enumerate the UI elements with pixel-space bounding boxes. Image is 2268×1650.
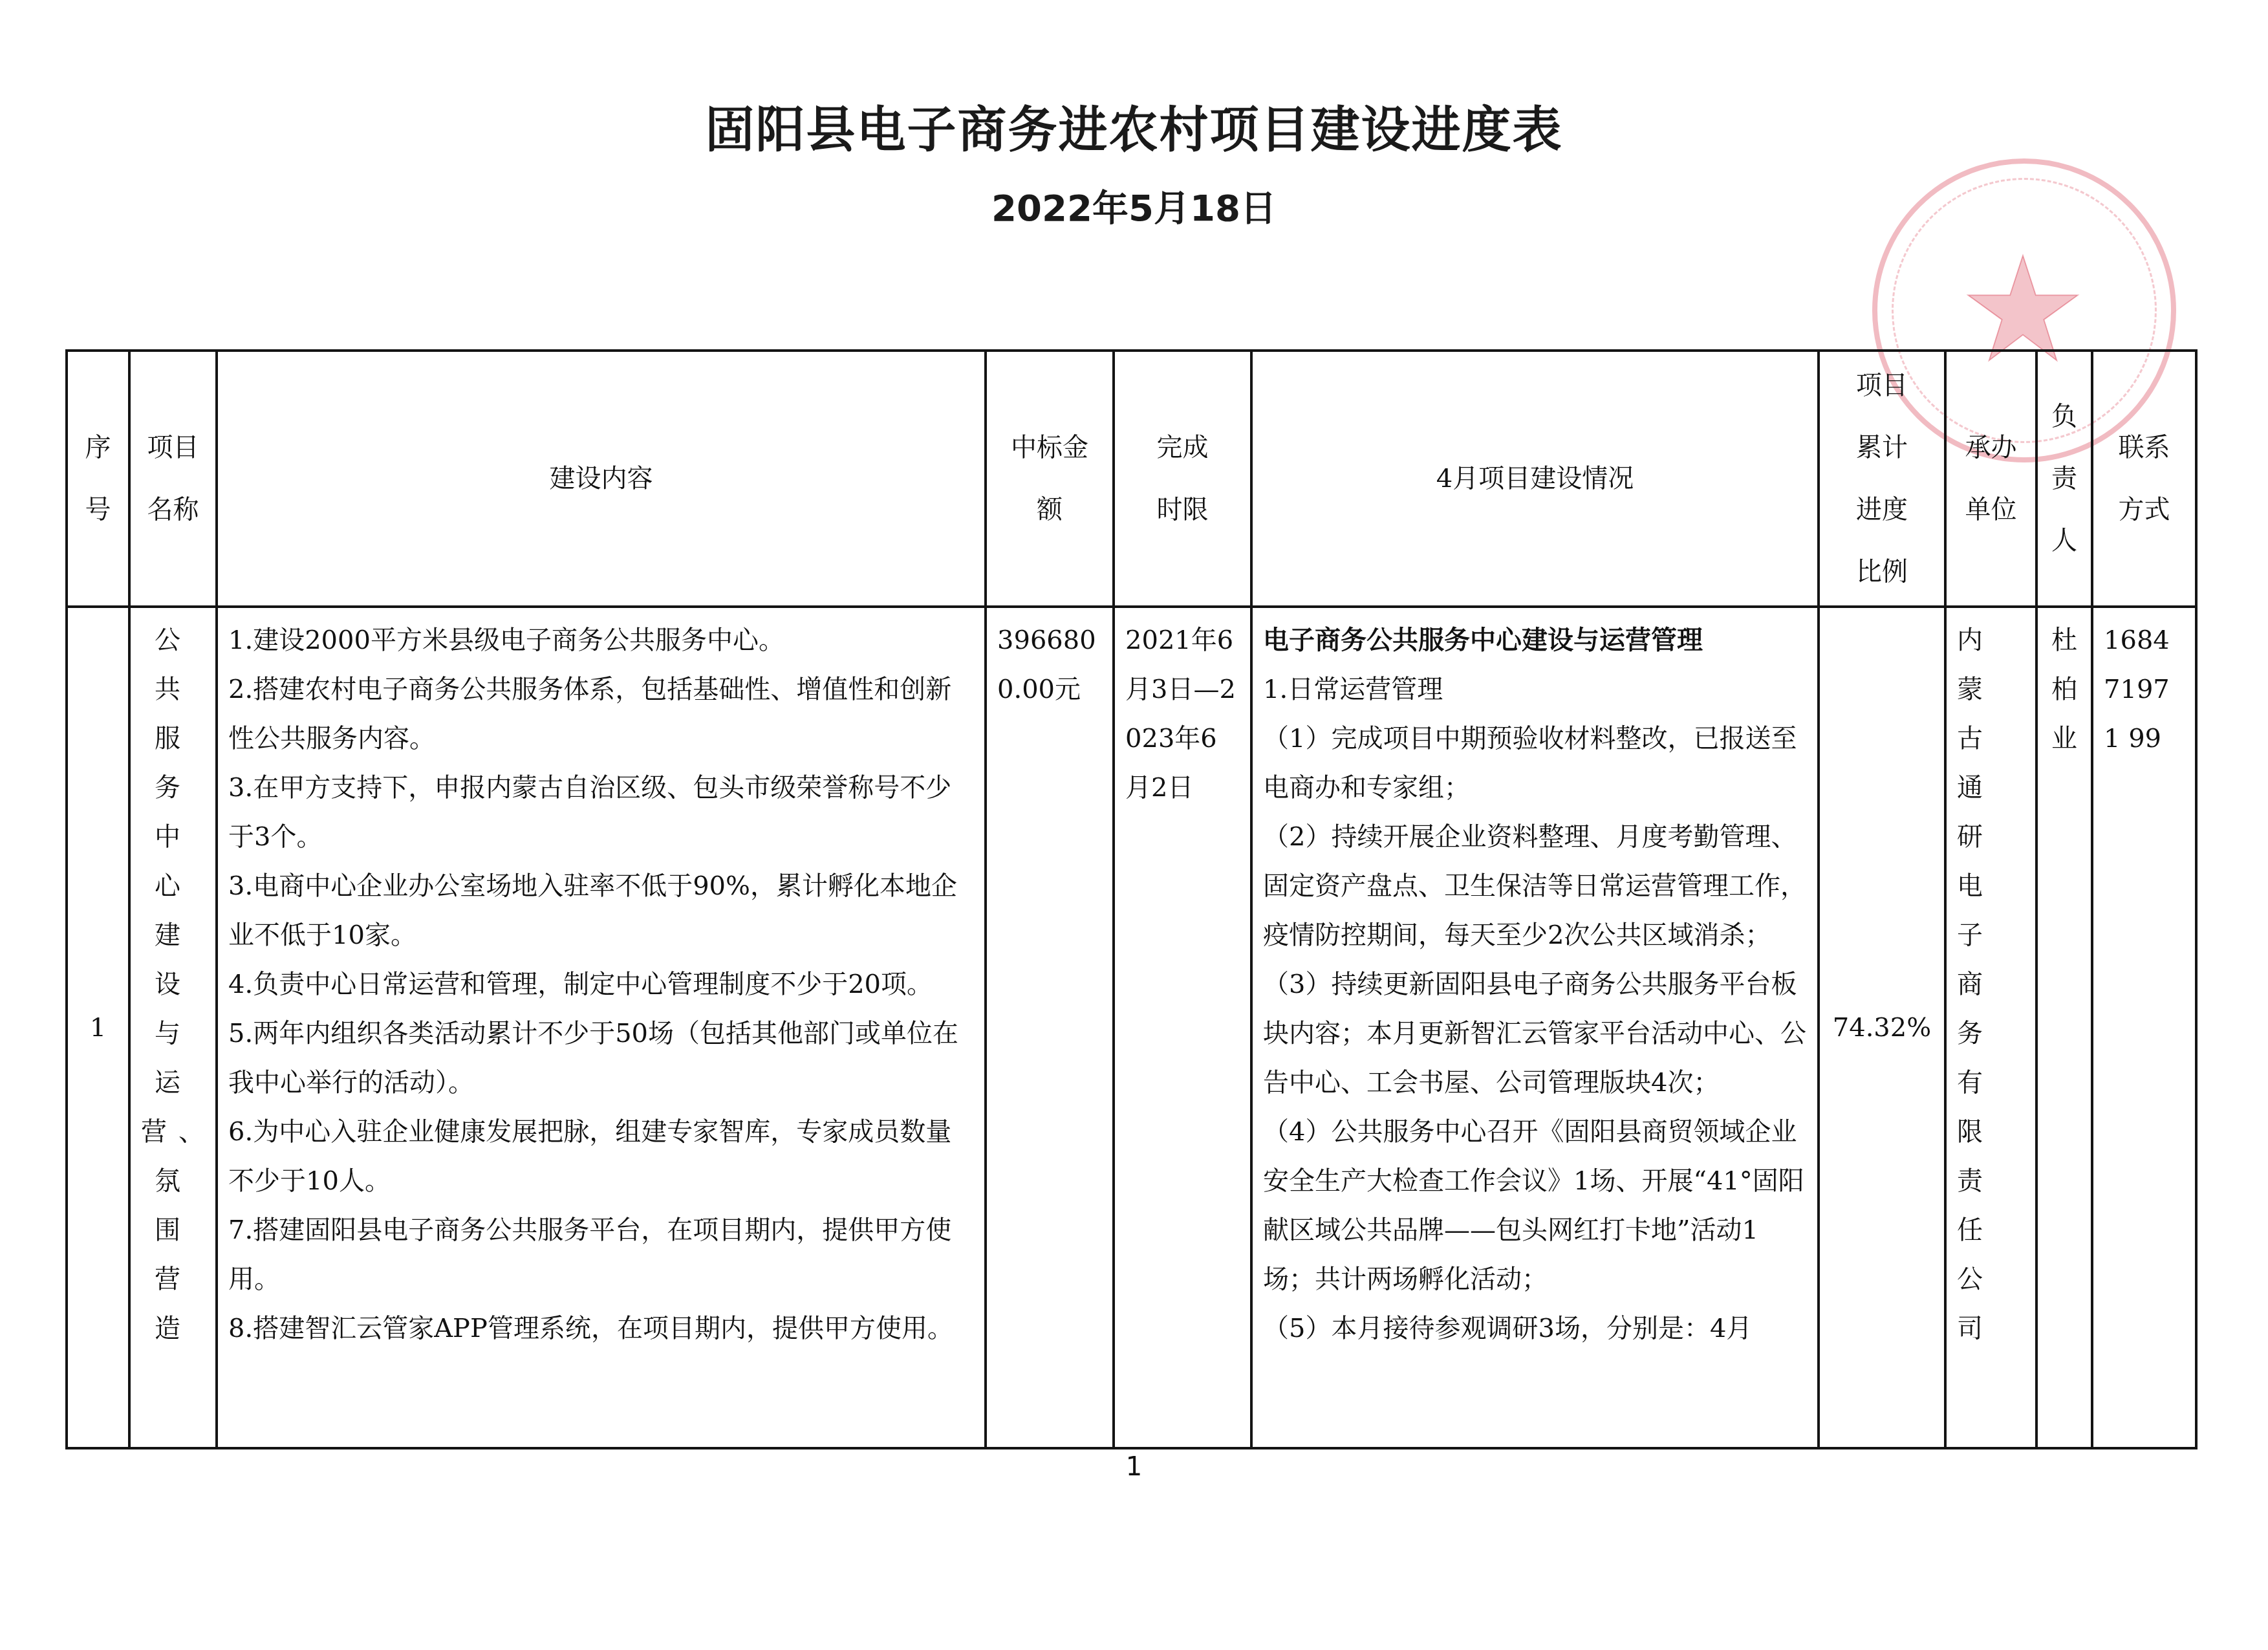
- cell-contact: 168471971 99: [2092, 607, 2196, 1448]
- content-item: 7.搭建固阳县电子商务公共服务平台，在项目期内，提供甲方使用。: [228, 1206, 974, 1304]
- status-item: （3）持续更新固阳县电子商务公共服务平台板块内容；本月更新智汇云管家平台活动中心…: [1263, 960, 1807, 1107]
- content-item: 3.在甲方支持下，申报内蒙古自治区级、包头市级荣誉称号不少于3个。: [228, 763, 974, 862]
- cell-construction-content: 1.建设2000平方米县级电子商务公共服务中心。 2.搭建农村电子商务公共服务体…: [217, 607, 986, 1448]
- content-item: 5.两年内组织各类活动累计不少于50场（包括其他部门或单位在我中心举行的活动）。: [228, 1009, 974, 1107]
- cell-bid-amount: 3966800.00元: [986, 607, 1114, 1448]
- cell-project-name: 公共服务中心建设与运营、氛围营造: [129, 607, 217, 1448]
- status-item: （4）公共服务中心召开《固阳县商贸领域企业安全生产大检查工作会议》1场、开展“4…: [1263, 1107, 1807, 1304]
- status-item: （2）持续开展企业资料整理、月度考勤管理、固定资产盘点、卫生保洁等日常运营管理工…: [1263, 812, 1807, 960]
- header-row: 序号 项目名称 建设内容 中标金额 完成时限 4月项目建设情况 项目累计进度比例…: [67, 351, 2196, 607]
- header-person: 负责人: [2036, 351, 2092, 607]
- content-item: 1.建设2000平方米县级电子商务公共服务中心。: [228, 616, 974, 665]
- cell-person-in-charge: 杜柏业: [2036, 607, 2092, 1448]
- content-item: 4.负责中心日常运营和管理，制定中心管理制度不少于20项。: [228, 960, 974, 1009]
- header-name: 项目名称: [129, 351, 217, 607]
- content-item: 6.为中心入驻企业健康发展把脉，组建专家智库，专家成员数量不少于10人。: [228, 1107, 974, 1206]
- status-item: （5）本月接待参观调研3场，分别是：4月: [1263, 1304, 1807, 1353]
- cell-seq: 1: [67, 607, 129, 1448]
- document-title: 固阳县电子商务进农村项目建设进度表: [0, 91, 2268, 161]
- status-heading: 电子商务公共服务中心建设与运营管理: [1263, 616, 1807, 665]
- header-contact: 联系方式: [2092, 351, 2196, 607]
- header-seq: 序号: [67, 351, 129, 607]
- header-unit: 承办单位: [1945, 351, 2036, 607]
- content-item: 2.搭建农村电子商务公共服务体系，包括基础性、增值性和创新性公共服务内容。: [228, 665, 974, 763]
- header-amount: 中标金额: [986, 351, 1114, 607]
- cell-april-status: 电子商务公共服务中心建设与运营管理 1.日常运营管理 （1）完成项目中期预验收材…: [1251, 607, 1819, 1448]
- header-deadline: 完成时限: [1114, 351, 1251, 607]
- status-item: 1.日常运营管理: [1263, 665, 1807, 714]
- header-progress: 项目累计进度比例: [1819, 351, 1945, 607]
- content-item: 8.搭建智汇云管家APP管理系统，在项目期内，提供甲方使用。: [228, 1304, 974, 1353]
- header-content: 建设内容: [217, 351, 986, 607]
- document-date: 2022年5月18日: [0, 180, 2268, 232]
- content-item: 3.电商中心企业办公室场地入驻率不低于90%，累计孵化本地企业不低于10家。: [228, 862, 974, 960]
- cell-progress: 74.32%: [1819, 607, 1945, 1448]
- page-number: 1: [0, 1452, 2268, 1482]
- header-status: 4月项目建设情况: [1251, 351, 1819, 607]
- table-row: 1 公共服务中心建设与运营、氛围营造 1.建设2000平方米县级电子商务公共服务…: [67, 607, 2196, 1448]
- cell-contractor-unit: 内蒙古通研电子商务有限责任公司: [1945, 607, 2036, 1448]
- progress-table: 序号 项目名称 建设内容 中标金额 完成时限 4月项目建设情况 项目累计进度比例…: [65, 349, 2198, 1449]
- status-item: （1）完成项目中期预验收材料整改，已报送至电商办和专家组；: [1263, 714, 1807, 812]
- cell-deadline: 2021年6月3日—2023年6月2日: [1114, 607, 1251, 1448]
